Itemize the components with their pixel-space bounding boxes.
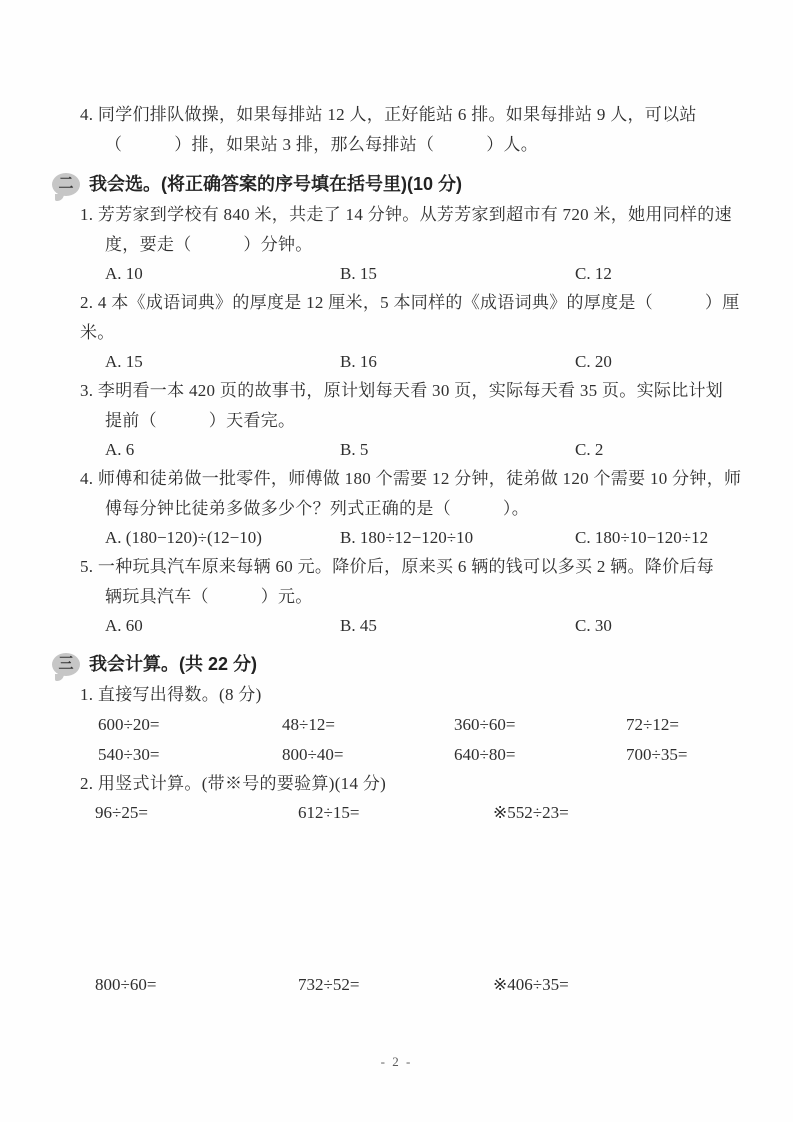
worksheet-page: 4. 同学们排队做操，如果每排站 12 人，正好能站 6 排。如果每排站 9 人… [0,0,793,1122]
calc-item: 732÷52= [298,970,493,1000]
s2-q3-line2: 提前（ ）天看完。 [105,406,743,436]
s3-part2-row1: 96÷25= 612÷15= ※552÷23= [95,798,793,828]
option-b: B. 15 [340,260,575,288]
s2-q4-line1: 4. 师傅和徒弟做一批零件，师傅做 180 个需要 12 分钟，徒弟做 120 … [80,464,743,494]
calc-item: 96÷25= [95,798,298,828]
s1-q4-line2: （ ）排，如果站 3 排，那么每排站（ ）人。 [105,130,743,160]
s2-q5-options: A. 60 B. 45 C. 30 [105,612,753,640]
option-a: A. 6 [105,436,340,464]
section3-title: 我会计算。(共 22 分) [89,648,257,680]
section2-title: 我会选。(将正确答案的序号填在括号里)(10 分) [89,168,462,200]
section3-marker-bubble-icon: 三 [52,653,80,676]
option-c: C. 180÷10−120÷12 [575,524,753,552]
calc-item: 640÷80= [454,740,626,770]
section3-header: 三 我会计算。(共 22 分) [52,648,743,680]
option-a: A. 15 [105,348,340,376]
s2-q1-options: A. 10 B. 15 C. 12 [105,260,753,288]
calc-item: 72÷12= [626,710,679,740]
option-a: A. (180−120)÷(12−10) [105,524,340,552]
page-content: 4. 同学们排队做操，如果每排站 12 人，正好能站 6 排。如果每排站 9 人… [0,0,793,1000]
s3-part1-row2: 540÷30= 800÷40= 640÷80= 700÷35= [98,740,793,770]
option-c: C. 2 [575,436,753,464]
s2-q3-line1: 3. 李明看一本 420 页的故事书，原计划每天看 30 页，实际每天看 35 … [80,376,743,406]
working-space [0,828,793,970]
s1-q4-line1: 4. 同学们排队做操，如果每排站 12 人，正好能站 6 排。如果每排站 9 人… [80,100,743,130]
s2-q1-line1: 1. 芳芳家到学校有 840 米，共走了 14 分钟。从芳芳家到超市有 720 … [80,200,743,230]
calc-item: 600÷20= [98,710,282,740]
s3-part1-row1: 600÷20= 48÷12= 360÷60= 72÷12= [98,710,793,740]
calc-item: ※406÷35= [493,970,569,1000]
s2-q5-line1: 5. 一种玩具汽车原来每辆 60 元。降价后，原来买 6 辆的钱可以多买 2 辆… [80,552,743,582]
option-b: B. 16 [340,348,575,376]
option-b: B. 180÷12−120÷10 [340,524,575,552]
calc-item: 540÷30= [98,740,282,770]
calc-item: 360÷60= [454,710,626,740]
s2-q4-options: A. (180−120)÷(12−10) B. 180÷12−120÷10 C.… [105,524,753,552]
option-a: A. 60 [105,612,340,640]
option-b: B. 45 [340,612,575,640]
calc-item: 700÷35= [626,740,687,770]
option-a: A. 10 [105,260,340,288]
page-number: - 2 - [0,1054,793,1070]
option-c: C. 20 [575,348,753,376]
s2-q2-options: A. 15 B. 16 C. 20 [105,348,753,376]
calc-item: ※552÷23= [493,798,569,828]
s2-q4-line2: 傅每分钟比徒弟多做多少个？列式正确的是（ ）。 [105,494,743,524]
s3-part2-row2: 800÷60= 732÷52= ※406÷35= [95,970,793,1000]
calc-item: 800÷60= [95,970,298,1000]
s2-q3-options: A. 6 B. 5 C. 2 [105,436,753,464]
s2-q5-line2: 辆玩具汽车（ ）元。 [105,582,743,612]
calc-item: 612÷15= [298,798,493,828]
calc-item: 48÷12= [282,710,454,740]
section2-header: 二 我会选。(将正确答案的序号填在括号里)(10 分) [52,168,743,200]
s3-part1-title: 1. 直接写出得数。(8 分) [80,680,743,710]
s2-q2-line1: 2. 4 本《成语词典》的厚度是 12 厘米，5 本同样的《成语词典》的厚度是（… [80,288,743,348]
option-b: B. 5 [340,436,575,464]
s2-q1-line2: 度，要走（ ）分钟。 [105,230,743,260]
calc-item: 800÷40= [282,740,454,770]
option-c: C. 12 [575,260,753,288]
s3-part2-title: 2. 用竖式计算。(带※号的要验算)(14 分) [80,770,743,798]
section2-marker-bubble-icon: 二 [52,173,80,196]
option-c: C. 30 [575,612,753,640]
